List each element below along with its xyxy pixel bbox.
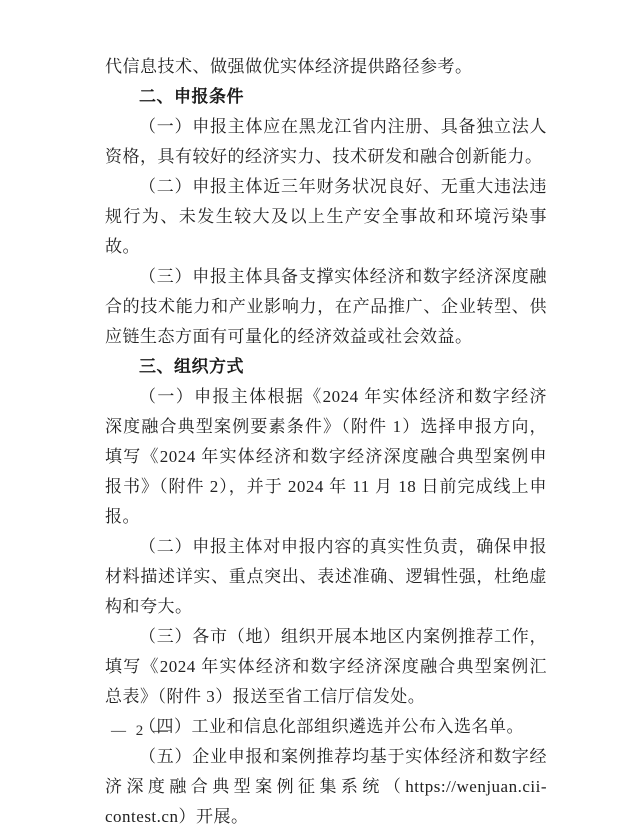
paragraph: （一）申报主体根据《2024 年实体经济和数字经济深度融合典型案例要素条件》（附… xyxy=(105,382,547,532)
paragraph: （三）各市（地）组织开展本地区内案例推荐工作，填写《2024 年实体经济和数字经… xyxy=(105,622,547,712)
paragraph: （二）申报主体对申报内容的真实性负责，确保申报材料描述详实、重点突出、表述准确、… xyxy=(105,532,547,622)
section-heading: 二、申报条件 xyxy=(105,82,547,112)
page-number: — 2 — xyxy=(111,716,171,746)
section-heading: 三、组织方式 xyxy=(105,352,547,382)
paragraph: （二）申报主体近三年财务状况良好、无重大违法违规行为、未发生较大及以上生产安全事… xyxy=(105,172,547,262)
paragraph: （三）申报主体具备支撑实体经济和数字经济深度融合的技术能力和产业影响力，在产品推… xyxy=(105,262,547,352)
document-body: 代信息技术、做强做优实体经济提供路径参考。二、申报条件（一）申报主体应在黑龙江省… xyxy=(105,52,547,830)
paragraph: （一）申报主体应在黑龙江省内注册、具备独立法人资格，具有较好的经济实力、技术研发… xyxy=(105,112,547,172)
document-page: 代信息技术、做强做优实体经济提供路径参考。二、申报条件（一）申报主体应在黑龙江省… xyxy=(0,0,626,830)
paragraph: 代信息技术、做强做优实体经济提供路径参考。 xyxy=(105,52,547,82)
paragraph: （五）企业申报和案例推荐均基于实体经济和数字经济深度融合典型案例征集系统（htt… xyxy=(105,742,547,830)
paragraph: （四）工业和信息化部组织遴选并公布入选名单。 xyxy=(105,712,547,742)
